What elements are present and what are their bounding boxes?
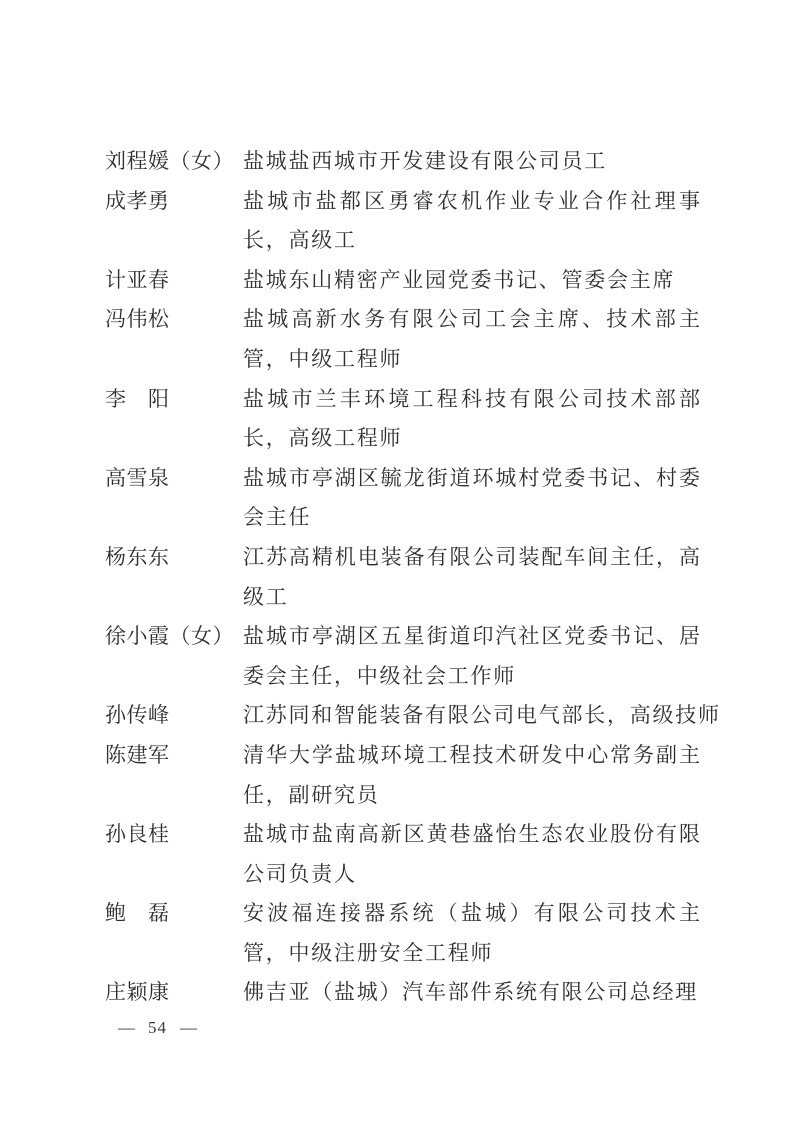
position-line: 公司负责人 — [243, 855, 700, 895]
person-name: 孙良桂 — [105, 815, 243, 855]
footer-dash-right: — — [180, 1018, 197, 1038]
roster-entry: 冯伟松 盐城高新水务有限公司工会主席、技术部主管，中级工程师 — [105, 300, 705, 379]
person-name: 庄颖康 — [105, 973, 243, 1013]
person-position: 盐城市亭湖区五星街道印汽社区党委书记、居委会主任，中级社会工作师 — [243, 617, 700, 696]
person-position: 佛吉亚（盐城）汽车部件系统有限公司总经理 — [243, 973, 700, 1013]
position-line: 级工 — [243, 578, 700, 618]
page-footer: —54— — [118, 1018, 197, 1038]
person-position: 盐城市盐都区勇睿农机作业专业合作社理事长，高级工 — [243, 182, 700, 261]
person-name: 李 阳 — [105, 380, 243, 420]
person-name: 杨东东 — [105, 538, 243, 578]
person-position: 盐城高新水务有限公司工会主席、技术部主管，中级工程师 — [243, 300, 700, 379]
roster-entry: 高雪泉 盐城市亭湖区毓龙街道环城村党委书记、村委会主任 — [105, 459, 705, 538]
position-line: 盐城市亭湖区毓龙街道环城村党委书记、村委 — [243, 459, 700, 499]
person-position: 盐城市亭湖区毓龙街道环城村党委书记、村委会主任 — [243, 459, 700, 538]
person-position: 清华大学盐城环境工程技术研发中心常务副主任，副研究员 — [243, 736, 700, 815]
person-position: 安波福连接器系统（盐城）有限公司技术主管，中级注册安全工程师 — [243, 894, 700, 973]
position-line: 安波福连接器系统（盐城）有限公司技术主 — [243, 894, 700, 934]
roster-entry: 刘程媛（女） 盐城盐西城市开发建设有限公司员工 — [105, 142, 705, 182]
person-name: 刘程媛（女） — [105, 142, 243, 182]
roster-entry: 李 阳 盐城市兰丰环境工程科技有限公司技术部部长，高级工程师 — [105, 380, 705, 459]
roster-entry: 成孝勇 盐城市盐都区勇睿农机作业专业合作社理事长，高级工 — [105, 182, 705, 261]
position-line: 管，中级注册安全工程师 — [243, 934, 700, 974]
page-number: 54 — [148, 1018, 167, 1038]
roster-entry: 陈建军 清华大学盐城环境工程技术研发中心常务副主任，副研究员 — [105, 736, 705, 815]
person-name: 计亚春 — [105, 261, 243, 301]
position-line: 管，中级工程师 — [243, 340, 700, 380]
position-line: 会主任 — [243, 498, 700, 538]
person-name: 冯伟松 — [105, 300, 243, 340]
roster-entry: 庄颖康 佛吉亚（盐城）汽车部件系统有限公司总经理 — [105, 973, 705, 1013]
person-position: 盐城市兰丰环境工程科技有限公司技术部部长，高级工程师 — [243, 380, 700, 459]
position-line: 盐城市盐都区勇睿农机作业专业合作社理事 — [243, 182, 700, 222]
person-name: 孙传峰 — [105, 696, 243, 736]
roster-entry: 杨东东 江苏高精机电装备有限公司装配车间主任，高级工 — [105, 538, 705, 617]
roster-entry: 鲍 磊 安波福连接器系统（盐城）有限公司技术主管，中级注册安全工程师 — [105, 894, 705, 973]
position-line: 盐城市盐南高新区黄巷盛怡生态农业股份有限 — [243, 815, 700, 855]
document-page: 刘程媛（女） 盐城盐西城市开发建设有限公司员工 成孝勇 盐城市盐都区勇睿农机作业… — [0, 0, 800, 1131]
position-line: 盐城高新水务有限公司工会主席、技术部主 — [243, 300, 700, 340]
person-position: 江苏同和智能装备有限公司电气部长，高级技师 — [243, 696, 700, 736]
person-name: 徐小霞（女） — [105, 617, 243, 657]
position-line: 盐城东山精密产业园党委书记、管委会主席 — [243, 261, 700, 301]
position-line: 清华大学盐城环境工程技术研发中心常务副主 — [243, 736, 700, 776]
position-line: 长，高级工 — [243, 221, 700, 261]
person-position: 江苏高精机电装备有限公司装配车间主任，高级工 — [243, 538, 700, 617]
person-name: 陈建军 — [105, 736, 243, 776]
person-position: 盐城市盐南高新区黄巷盛怡生态农业股份有限公司负责人 — [243, 815, 700, 894]
person-position: 盐城盐西城市开发建设有限公司员工 — [243, 142, 700, 182]
roster-entry: 孙传峰 江苏同和智能装备有限公司电气部长，高级技师 — [105, 696, 705, 736]
position-line: 盐城市兰丰环境工程科技有限公司技术部部 — [243, 380, 700, 420]
position-line: 盐城市亭湖区五星街道印汽社区党委书记、居 — [243, 617, 700, 657]
person-name: 鲍 磊 — [105, 894, 243, 934]
roster-list: 刘程媛（女） 盐城盐西城市开发建设有限公司员工 成孝勇 盐城市盐都区勇睿农机作业… — [105, 142, 705, 1013]
position-line: 江苏高精机电装备有限公司装配车间主任，高 — [243, 538, 700, 578]
position-line: 长，高级工程师 — [243, 419, 700, 459]
position-line: 任，副研究员 — [243, 776, 700, 816]
person-name: 成孝勇 — [105, 182, 243, 222]
roster-entry: 孙良桂 盐城市盐南高新区黄巷盛怡生态农业股份有限公司负责人 — [105, 815, 705, 894]
position-line: 委会主任，中级社会工作师 — [243, 657, 700, 697]
position-line: 佛吉亚（盐城）汽车部件系统有限公司总经理 — [243, 973, 700, 1013]
roster-entry: 计亚春 盐城东山精密产业园党委书记、管委会主席 — [105, 261, 705, 301]
footer-dash-left: — — [118, 1018, 135, 1038]
position-line: 盐城盐西城市开发建设有限公司员工 — [243, 142, 700, 182]
roster-entry: 徐小霞（女） 盐城市亭湖区五星街道印汽社区党委书记、居委会主任，中级社会工作师 — [105, 617, 705, 696]
position-line: 江苏同和智能装备有限公司电气部长，高级技师 — [243, 696, 700, 736]
person-name: 高雪泉 — [105, 459, 243, 499]
person-position: 盐城东山精密产业园党委书记、管委会主席 — [243, 261, 700, 301]
